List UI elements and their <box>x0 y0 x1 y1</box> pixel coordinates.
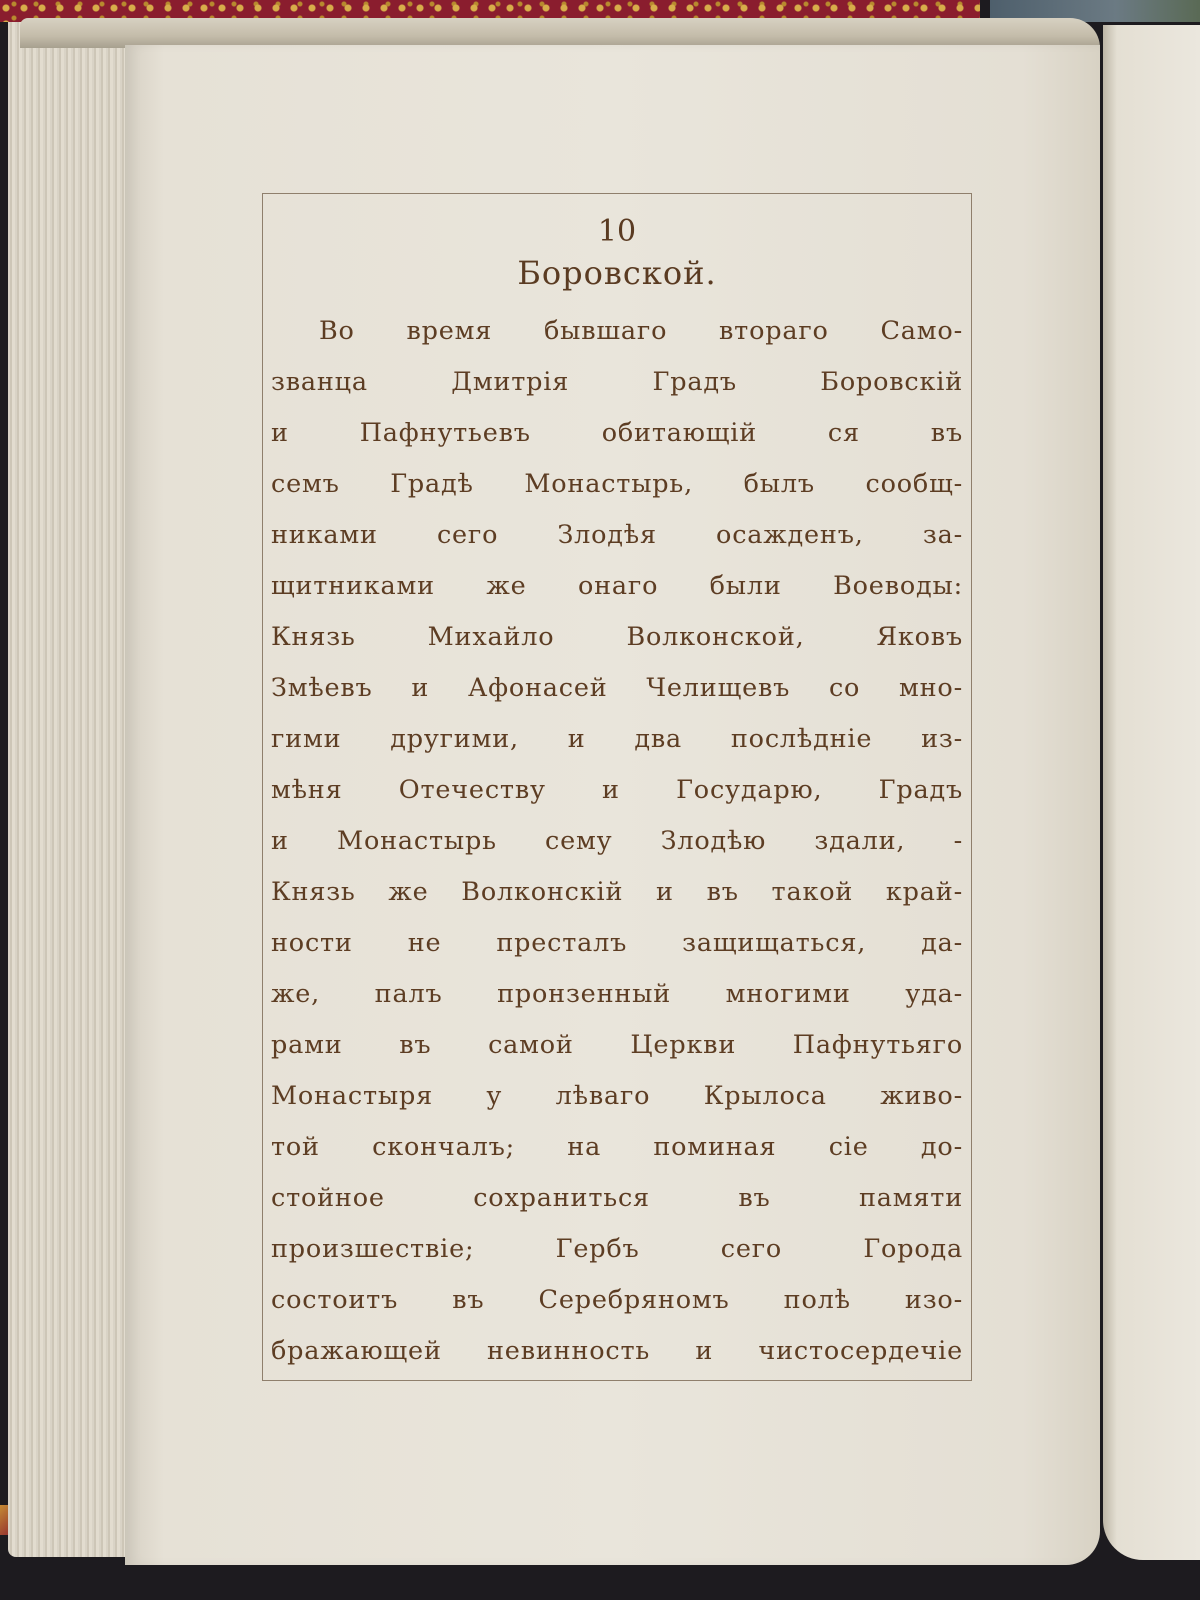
text-line: Князь Михайло Волконской, Яковъ <box>263 612 963 663</box>
text-line: Во время бывшаго втораго Само- <box>263 306 963 357</box>
text-line: ности не престалъ защищаться, да- <box>263 918 963 969</box>
text-line: семъ Градѣ Монастырь, былъ сообщ- <box>263 459 963 510</box>
text-line: никами сего Злодѣя осажденъ, за- <box>263 510 963 561</box>
facing-page <box>1103 25 1200 1560</box>
page-stack-top-edge <box>20 18 1100 48</box>
text-line: Князь же Волконскій и въ такой край- <box>263 867 963 918</box>
text-line: произшествіе; Гербъ сего Города <box>263 1224 963 1275</box>
text-line: щитниками же онаго были Воеводы: <box>263 561 963 612</box>
text-line: Монастыря у лѣваго Крылоса живо- <box>263 1071 963 1122</box>
section-heading: Боровской. <box>263 254 971 292</box>
text-line: гими другими, и два послѣдніе из- <box>263 714 963 765</box>
text-line: и Монастырь сему Злодѣю здали, - <box>263 816 963 867</box>
text-line: бражающей невинность и чистосердечіе <box>263 1326 963 1377</box>
text-frame-ruling: 10 Боровской. Во время бывшаго втораго С… <box>262 193 972 1381</box>
text-line: званца Дмитрія Градъ Боровскій <box>263 357 963 408</box>
text-line: состоитъ въ Серебряномъ полѣ изо- <box>263 1275 963 1326</box>
manuscript-text: Во время бывшаго втораго Само- званца Дм… <box>263 306 971 1377</box>
text-line: той скончалъ; на поминая сіе до- <box>263 1122 963 1173</box>
text-line: стойное сохраниться въ памяти <box>263 1173 963 1224</box>
text-line: мѣня Отечеству и Государю, Градъ <box>263 765 963 816</box>
text-line: рами въ самой Церкви Пафнутьяго <box>263 1020 963 1071</box>
folio-number: 10 <box>263 214 971 249</box>
text-line: Змѣевъ и Афонасей Челищевъ со мно- <box>263 663 963 714</box>
text-line: и Пафнутьевъ обитающій ся въ <box>263 408 963 459</box>
text-line: же, палъ пронзенный многими уда- <box>263 969 963 1020</box>
page-stack-edges <box>8 22 128 1557</box>
